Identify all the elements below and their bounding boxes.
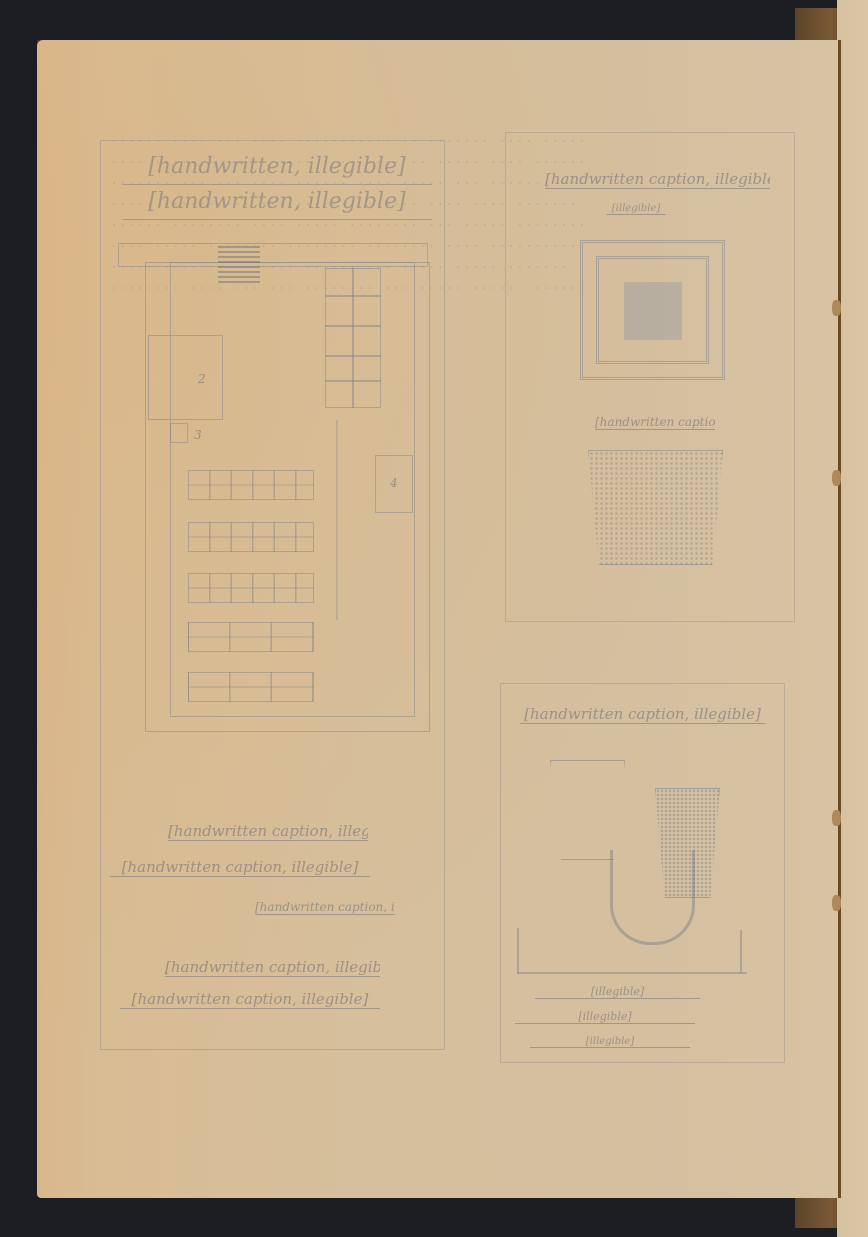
divider [325,325,381,327]
dimension-line [336,420,338,620]
figure-1-subcaption: [illegible] [606,203,666,215]
base-tray [517,972,747,974]
plan-caption: [handwritten caption, illegible] [110,858,370,877]
binding-tear [832,895,841,911]
binding-tear [832,470,841,486]
bench-grid [188,622,314,652]
divider [352,268,354,408]
plan-caption: [handwritten caption, illegible] [120,990,380,1009]
floor-plan-title: [handwritten, illegible] [handwritten, i… [112,150,442,220]
tray-side [740,930,742,973]
bench-grid [188,573,314,603]
binding-tear [832,300,841,316]
figure-3-subcaption: [illegible] [535,985,700,999]
title-line-1: [handwritten, illegible] [122,150,432,185]
divider [325,355,381,357]
bench-grid [188,672,314,702]
figure-3-subcaption: [illegible] [530,1036,690,1048]
binding-tear [832,810,841,826]
tray-side [517,928,519,973]
figure-3-subcaption: [illegible] [515,1010,695,1024]
left-vessel [550,760,625,860]
bench-grid [188,470,314,500]
spine-gutter [838,40,841,1198]
plan-label: 2 [198,372,206,386]
plan-caption: [handwritten caption, illegible] [168,822,368,841]
connecting-tube [610,850,695,945]
facing-page-edge [837,0,868,1237]
figure-1-caption: [handwritten caption, illegible] [545,170,770,189]
stippled-basket [588,450,723,565]
room-2 [148,335,223,420]
door-3 [170,423,188,443]
plan-label: 3 [194,428,202,442]
figure-2-caption: [handwritten caption, illegible] [595,415,715,430]
plan-caption: [handwritten caption, illegible] [165,958,380,977]
bench-grid [188,522,314,552]
divider [325,295,381,297]
plan-label: 4 [390,476,398,490]
divider [325,380,381,382]
figure-3-caption: [handwritten caption, illegible] [520,705,765,724]
title-line-2: [handwritten, illegible] [122,185,432,220]
section-core [624,282,682,340]
plan-caption: [handwritten caption, illegible] [255,900,395,915]
hatched-stove [218,243,260,283]
